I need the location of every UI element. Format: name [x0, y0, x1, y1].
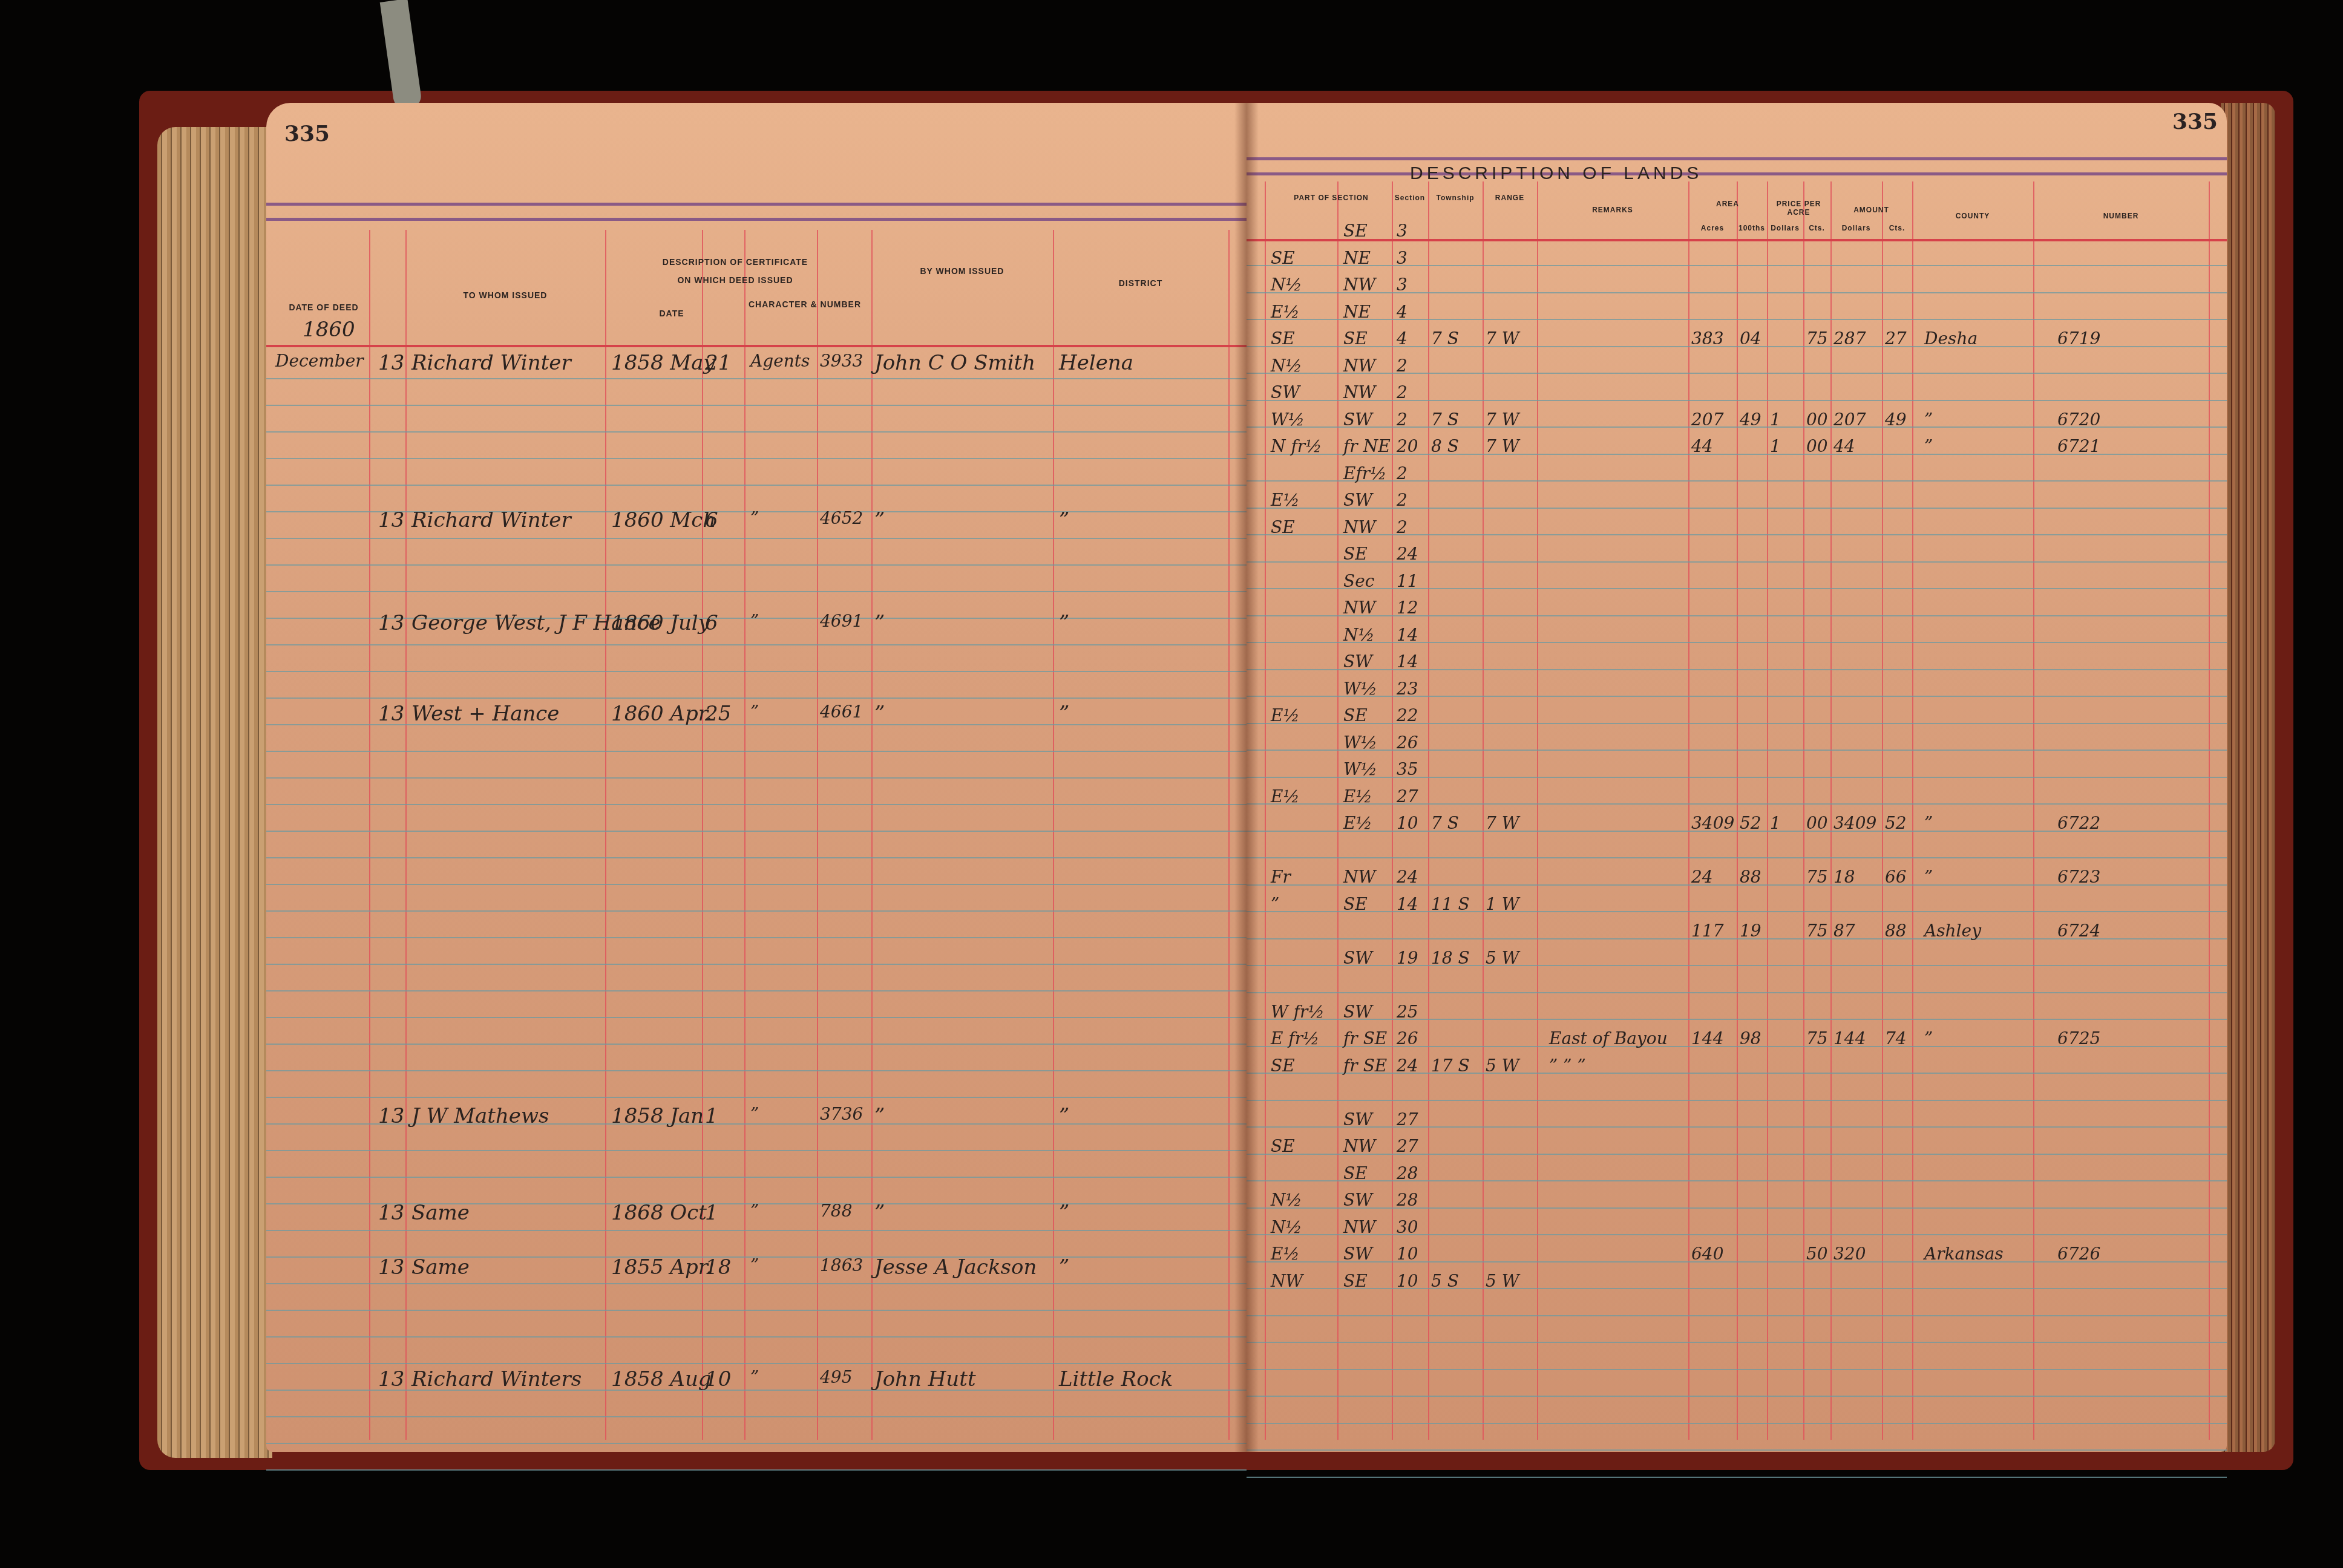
entry-district: ”	[1059, 1201, 1069, 1225]
land-ac: 49	[1885, 410, 1907, 430]
entry-day: 13	[378, 1201, 404, 1225]
left-page: 335 DATE OF DEEDTO WHOM ISSUEDDESCRIPTIO…	[266, 103, 1247, 1452]
land-sec: 2	[1397, 356, 1407, 376]
land-part1: N½	[1271, 275, 1302, 295]
land-row: FrNW242488751866”6723	[1247, 867, 2227, 893]
right-page: 335 DESCRIPTION OF LANDS PART OF SECTION…	[1247, 103, 2227, 1452]
entry-cert-date: 1868 Oct	[611, 1201, 707, 1225]
ruled-line	[266, 910, 1247, 912]
land-twp: 11 S	[1431, 894, 1470, 914]
land-part2: NW	[1343, 1217, 1375, 1237]
land-number: 6719	[2057, 328, 2100, 348]
land-twp: 18 S	[1431, 948, 1470, 968]
land-sec: 14	[1397, 894, 1418, 914]
land-sec: 35	[1397, 759, 1418, 779]
land-row: Efr½2	[1247, 463, 2227, 490]
entry-cert-date: 1860 July	[611, 611, 710, 635]
ruled-line	[266, 990, 1247, 991]
land-sec: 3	[1397, 248, 1407, 268]
entry-number: 495	[820, 1367, 852, 1387]
land-row: E½107 S7 W340952100340952”6722	[1247, 813, 2227, 840]
land-part1: SE	[1271, 517, 1295, 537]
column-rule	[605, 230, 606, 1440]
description-of-lands-title: DESCRIPTION OF LANDS	[1410, 163, 1702, 184]
land-sec: 27	[1397, 1136, 1418, 1156]
land-sec: 14	[1397, 625, 1418, 645]
land-part2: SW	[1343, 1190, 1372, 1210]
land-row: W fr½SW25	[1247, 1002, 2227, 1028]
entry-day: 13	[378, 508, 404, 532]
land-part1: SE	[1271, 248, 1295, 268]
entry-cert-date: 1860 Mch	[611, 508, 716, 532]
land-part1: E½	[1271, 1244, 1300, 1264]
land-row: W½26	[1247, 733, 2227, 759]
land-rng: 7 W	[1486, 328, 1519, 348]
land-sec: 10	[1397, 1244, 1418, 1264]
land-row: N½NW2	[1247, 356, 2227, 382]
land-sec: 30	[1397, 1217, 1418, 1237]
ruled-line	[1247, 1449, 2227, 1451]
entry-day: 13	[378, 351, 404, 375]
land-county: Arkansas	[1924, 1244, 2004, 1264]
entry-cert-day: 18	[705, 1255, 731, 1279]
land-part1: N½	[1271, 1217, 1302, 1237]
land-part2: NW	[1343, 517, 1375, 537]
entry-number: 1863	[820, 1255, 863, 1275]
entry-cert-date: 1855 Apr.	[611, 1255, 712, 1279]
column-header-township: Township	[1428, 194, 1483, 202]
entry-district: ”	[1059, 611, 1069, 635]
ruled-line	[266, 831, 1247, 832]
land-twp: 7 S	[1431, 410, 1459, 430]
land-ad: 207	[1833, 410, 1866, 430]
land-part1: W fr½	[1271, 1002, 1325, 1022]
land-part1: N fr½	[1271, 436, 1322, 456]
ruled-line	[1247, 1315, 2227, 1316]
land-part2: SE	[1343, 221, 1368, 241]
ruled-line	[266, 1336, 1247, 1338]
land-part2: NE	[1343, 248, 1371, 268]
land-part2: Sec	[1343, 571, 1374, 591]
entry-cert-day: 6	[705, 611, 718, 635]
land-rng: 5 W	[1486, 1271, 1519, 1291]
entry-grantee: Richard Winter	[411, 508, 571, 532]
land-part2: SW	[1343, 652, 1372, 671]
ruled-line	[266, 644, 1247, 645]
land-ad: 3409	[1833, 813, 1876, 833]
land-row: SENW27	[1247, 1136, 2227, 1163]
land-sec: 11	[1397, 571, 1418, 591]
ruled-line	[1247, 1342, 2227, 1343]
ruled-line	[266, 884, 1247, 885]
entry-grantee: Richard Winter	[411, 351, 571, 375]
entry-issued-by: ”	[874, 611, 885, 635]
land-sec: 3	[1397, 275, 1407, 295]
land-part1: E½	[1271, 302, 1300, 322]
ruled-line	[266, 538, 1247, 539]
land-sec: 20	[1397, 436, 1418, 456]
entry-character: ”	[750, 702, 759, 722]
land-sec: 12	[1397, 598, 1418, 618]
land-pc: 00	[1806, 436, 1828, 456]
entry-grantee: West + Hance	[411, 702, 560, 726]
land-part1: E½	[1271, 786, 1300, 806]
land-acres: 383	[1691, 328, 1723, 348]
ruled-line	[266, 937, 1247, 938]
land-pc: 75	[1806, 328, 1828, 348]
land-sec: 2	[1397, 490, 1407, 510]
land-row: SE24	[1247, 544, 2227, 570]
land-ad: 144	[1833, 1028, 1866, 1048]
land-row: N½NW3	[1247, 275, 2227, 301]
land-sec: 4	[1397, 302, 1407, 322]
land-twp: 17 S	[1431, 1056, 1470, 1076]
land-ad: 287	[1833, 328, 1866, 348]
land-row: Sec11	[1247, 571, 2227, 598]
land-rng: 5 W	[1486, 948, 1519, 968]
ruled-line	[266, 697, 1247, 699]
column-header-cert-date: DATE	[611, 309, 732, 318]
land-row: SEfr SE2417 S5 W” ” ”	[1247, 1056, 2227, 1082]
ruled-line	[1247, 1423, 2227, 1424]
column-header-cert-character-number: CHARACTER & NUMBER	[744, 299, 865, 309]
land-row: W½23	[1247, 679, 2227, 705]
land-part2: W½	[1343, 733, 1377, 753]
ruled-line	[266, 1363, 1247, 1364]
column-rule	[1228, 230, 1230, 1440]
land-number: 6722	[2057, 813, 2100, 833]
land-row: SW27	[1247, 1109, 2227, 1136]
land-row: 11719758788Ashley6724	[1247, 921, 2227, 947]
land-row	[1247, 975, 2227, 1001]
land-row	[1247, 1082, 2227, 1109]
land-part1: SE	[1271, 1056, 1295, 1076]
entry-district: ”	[1059, 1104, 1069, 1128]
entry-cert-day: 21	[705, 351, 731, 375]
entry-cert-day: 6	[705, 508, 718, 532]
ruled-line	[266, 1097, 1247, 1098]
land-sec: 3	[1397, 221, 1407, 241]
page-edges-right	[2221, 103, 2275, 1452]
entry-day: 13	[378, 702, 404, 726]
entry-character: ”	[750, 1201, 759, 1221]
column-header-area: AREA	[1688, 200, 1767, 208]
land-part1: E½	[1271, 490, 1300, 510]
land-part2: NW	[1343, 598, 1375, 618]
land-row: SE3	[1247, 221, 2227, 247]
land-row: SENE3	[1247, 248, 2227, 275]
land-ac: 27	[1885, 328, 1907, 348]
land-rng: 7 W	[1486, 813, 1519, 833]
ruled-line	[266, 751, 1247, 752]
ruled-line	[266, 458, 1247, 459]
land-hund: 19	[1740, 921, 1761, 941]
land-county: ”	[1924, 813, 1933, 833]
land-sec: 2	[1397, 517, 1407, 537]
land-row: E fr½fr SE26East of Bayou144987514474”67…	[1247, 1028, 2227, 1055]
land-county: ”	[1924, 436, 1933, 456]
entry-issued-by: ”	[874, 1201, 885, 1225]
book-spine-gutter	[1234, 103, 1259, 1452]
land-rng: 5 W	[1486, 1056, 1519, 1076]
land-row: W½35	[1247, 759, 2227, 786]
ruled-line	[266, 1017, 1247, 1018]
land-ad: 44	[1833, 436, 1855, 456]
land-number: 6724	[2057, 921, 2100, 941]
entry-number: 4691	[820, 611, 863, 631]
land-row: E½NE4	[1247, 302, 2227, 328]
ruled-line	[266, 1070, 1247, 1071]
land-twp: 8 S	[1431, 436, 1459, 456]
land-county: ”	[1924, 1028, 1933, 1048]
land-sec: 28	[1397, 1190, 1418, 1210]
entry-number: 4661	[820, 702, 863, 722]
year-label: 1860	[303, 318, 355, 342]
entry-character: ”	[750, 1367, 759, 1387]
land-part1: SE	[1271, 328, 1295, 348]
land-pc: 00	[1806, 813, 1828, 833]
land-row: SESE47 S7 W383047528727Desha6719	[1247, 328, 2227, 355]
land-part2: N½	[1343, 625, 1375, 645]
ruled-line	[266, 1044, 1247, 1045]
entry-grantee: Same	[411, 1255, 470, 1279]
column-header-remarks: REMARKS	[1537, 206, 1688, 214]
land-part1: NW	[1271, 1271, 1303, 1291]
entry-district: Little Rock	[1059, 1367, 1173, 1391]
entry-day: 13	[378, 1367, 404, 1391]
page-number-left: 335	[284, 121, 330, 146]
entry-district: ”	[1059, 702, 1069, 726]
land-sec: 2	[1397, 410, 1407, 430]
land-number: 6720	[2057, 410, 2100, 430]
entry-issued-by: ”	[874, 702, 885, 726]
land-part2: W½	[1343, 679, 1377, 699]
land-part2: SE	[1343, 544, 1368, 564]
land-pd: 1	[1770, 410, 1781, 430]
land-county: ”	[1924, 867, 1933, 887]
column-rule	[1053, 230, 1054, 1440]
land-sec: 24	[1397, 867, 1418, 887]
land-sec: 24	[1397, 1056, 1418, 1076]
land-row: SE28	[1247, 1163, 2227, 1190]
land-remarks: ” ” ”	[1549, 1056, 1586, 1076]
land-part1: SE	[1271, 1136, 1295, 1156]
page-number-right: 335	[2172, 109, 2218, 134]
ruled-line	[1247, 1396, 2227, 1397]
land-pc: 75	[1806, 1028, 1828, 1048]
column-header-range: RANGE	[1483, 194, 1537, 202]
land-sec: 22	[1397, 705, 1418, 725]
land-pd: 1	[1770, 813, 1781, 833]
land-ac: 88	[1885, 921, 1907, 941]
land-county: Desha	[1924, 328, 1978, 348]
land-part1: SW	[1271, 382, 1300, 402]
land-remarks: East of Bayou	[1549, 1028, 1668, 1048]
entry-character: ”	[750, 1255, 759, 1275]
header-band	[266, 203, 1247, 221]
land-ac: 74	[1885, 1028, 1907, 1048]
entry-issued-by: ”	[874, 508, 885, 532]
land-part2: SE	[1343, 894, 1368, 914]
land-row: E½SW2	[1247, 490, 2227, 517]
entry-number: 788	[820, 1201, 852, 1221]
column-header-by-whom-issued: BY WHOM ISSUED	[871, 266, 1053, 276]
entry-grantee: J W Mathews	[411, 1104, 549, 1128]
ruled-line	[266, 378, 1247, 379]
land-acres: 3409	[1691, 813, 1734, 833]
land-sec: 2	[1397, 463, 1407, 483]
land-ad: 87	[1833, 921, 1855, 941]
entry-month: December	[275, 351, 364, 371]
entry-issued-by: John Hutt	[874, 1367, 976, 1391]
land-part2: SE	[1343, 1163, 1368, 1183]
column-header-district: DISTRICT	[1053, 278, 1228, 288]
land-hund: 98	[1740, 1028, 1761, 1048]
entry-cert-date: 1860 Apr.	[611, 702, 712, 726]
land-row: N fr½fr NE208 S7 W4410044”6721	[1247, 436, 2227, 463]
land-sec: 10	[1397, 813, 1418, 833]
land-part2: NW	[1343, 356, 1375, 376]
entry-cert-date: 1858 May	[611, 351, 715, 375]
land-hund: 49	[1740, 410, 1761, 430]
ruled-line	[266, 1443, 1247, 1444]
land-sec: 10	[1397, 1271, 1418, 1291]
column-header-part-of-section: PART OF SECTION	[1271, 194, 1392, 202]
land-row: E½E½27	[1247, 786, 2227, 813]
land-part2: NW	[1343, 1136, 1375, 1156]
entry-character: ”	[750, 611, 759, 631]
ruled-line	[266, 964, 1247, 965]
land-part2: SW	[1343, 1002, 1372, 1022]
land-part1: N½	[1271, 356, 1302, 376]
land-hund: 88	[1740, 867, 1761, 887]
entry-cert-day: 25	[705, 702, 731, 726]
ruled-line	[266, 1283, 1247, 1284]
land-ac: 66	[1885, 867, 1907, 887]
ruled-line	[266, 671, 1247, 672]
land-row: SWNW2	[1247, 382, 2227, 409]
land-hund: 52	[1740, 813, 1761, 833]
land-hund: 04	[1740, 328, 1761, 348]
entry-day: 13	[378, 1104, 404, 1128]
land-part2: SE	[1343, 705, 1368, 725]
column-header-amount: AMOUNT	[1830, 206, 1912, 214]
land-sec: 26	[1397, 1028, 1418, 1048]
land-acres: 117	[1691, 921, 1723, 941]
land-sec: 26	[1397, 733, 1418, 753]
column-header-certificate-group: DESCRIPTION OF CERTIFICATE	[611, 257, 859, 267]
column-rule	[369, 230, 370, 1440]
land-ad: 18	[1833, 867, 1855, 887]
ruled-line	[266, 1150, 1247, 1151]
land-rng: 7 W	[1486, 436, 1519, 456]
land-ad: 320	[1833, 1244, 1866, 1264]
entry-cert-day: 10	[705, 1367, 731, 1391]
land-number: 6725	[2057, 1028, 2100, 1048]
column-header-county: COUNTY	[1912, 212, 2033, 220]
header-rule	[266, 345, 1247, 347]
land-row: N½14	[1247, 625, 2227, 652]
land-sec: 4	[1397, 328, 1407, 348]
ruled-line	[266, 777, 1247, 779]
land-row: E½SW1064050320Arkansas6726	[1247, 1244, 2227, 1270]
land-twp: 7 S	[1431, 328, 1459, 348]
column-rule	[871, 230, 873, 1440]
land-row: N½SW28	[1247, 1190, 2227, 1217]
land-number: 6726	[2057, 1244, 2100, 1264]
land-sec: 14	[1397, 652, 1418, 671]
column-rule	[405, 230, 407, 1440]
land-pd: 1	[1770, 436, 1781, 456]
ruled-line	[266, 1416, 1247, 1417]
column-header-number: NUMBER	[2033, 212, 2209, 220]
land-ac: 52	[1885, 813, 1907, 833]
entry-cert-date: 1858 Jan	[611, 1104, 704, 1128]
land-part2: SW	[1343, 490, 1372, 510]
land-row: W½SW27 S7 W2074910020749”6720	[1247, 410, 2227, 436]
land-part1: E fr½	[1271, 1028, 1319, 1048]
land-part2: E½	[1343, 786, 1372, 806]
land-sec: 25	[1397, 1002, 1418, 1022]
ruled-line	[266, 485, 1247, 486]
land-part1: Fr	[1271, 867, 1291, 887]
land-row	[1247, 840, 2227, 867]
land-county: ”	[1924, 410, 1933, 430]
land-sec: 23	[1397, 679, 1418, 699]
land-part2: NE	[1343, 302, 1371, 322]
land-row: E½SE22	[1247, 705, 2227, 732]
land-part2: fr SE	[1343, 1056, 1387, 1076]
header-band	[1247, 157, 2227, 175]
ruled-line	[266, 1230, 1247, 1231]
entry-grantee: Richard Winters	[411, 1367, 582, 1391]
land-part2: fr SE	[1343, 1028, 1387, 1048]
land-twp: 7 S	[1431, 813, 1459, 833]
ruled-line	[266, 1469, 1247, 1471]
entry-district: Helena	[1059, 351, 1133, 375]
entry-day: 13	[378, 1255, 404, 1279]
land-part2: NW	[1343, 275, 1375, 295]
entry-character: ”	[750, 508, 759, 528]
column-rule	[744, 230, 745, 1440]
ruled-line	[1247, 1477, 2227, 1478]
land-part2: SE	[1343, 328, 1368, 348]
land-row: SENW2	[1247, 517, 2227, 544]
land-sec: 27	[1397, 1109, 1418, 1129]
land-pc: 75	[1806, 921, 1828, 941]
land-twp: 5 S	[1431, 1271, 1459, 1291]
column-header-section: Section	[1392, 194, 1428, 202]
column-header-certificate-sub: ON WHICH DEED ISSUED	[611, 275, 859, 285]
land-rng: 7 W	[1486, 410, 1519, 430]
land-part2: SW	[1343, 948, 1372, 968]
land-part2: W½	[1343, 759, 1377, 779]
column-header-price-per-acre: PRICE PER ACRE	[1767, 200, 1830, 217]
ruled-line	[266, 564, 1247, 566]
ruled-line	[266, 405, 1247, 406]
ruled-line	[266, 857, 1247, 858]
land-part2: SW	[1343, 1109, 1372, 1129]
land-number: 6723	[2057, 867, 2100, 887]
entry-cert-day: 1	[705, 1201, 718, 1225]
land-row: NW12	[1247, 598, 2227, 624]
land-part1: ”	[1271, 894, 1279, 914]
land-part2: fr NE	[1343, 436, 1391, 456]
entry-district: ”	[1059, 508, 1069, 532]
ruled-line	[266, 591, 1247, 592]
column-rule	[817, 230, 818, 1440]
land-part2: NW	[1343, 867, 1375, 887]
